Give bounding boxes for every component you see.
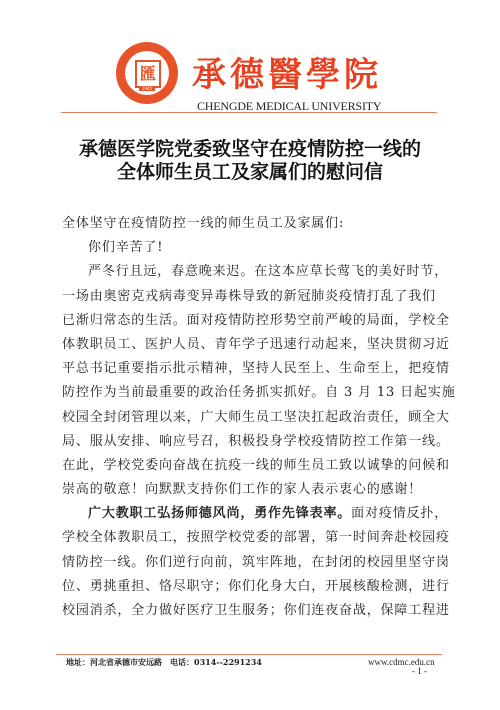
- body-line: 平总书记重要指示批示精神，坚持人民至上、生命至上，把疫情: [62, 357, 440, 381]
- body-line: 已渐归常态的生活。面对疫情防控形势空前严峻的局面，学校全: [62, 309, 440, 333]
- greeting: 你们辛苦了!: [62, 236, 440, 260]
- body-line: 在此，学校党委向奋战在抗疫一线的师生员工致以诚挚的问候和: [62, 454, 440, 478]
- footer-address: 地址：河北省承德市安远路 电话：0314--2291234: [66, 657, 262, 668]
- letter-body: 全体坚守在疫情防控一线的师生员工及家属们: 你们辛苦了! 严冬行且远，春意晚来迟…: [62, 212, 440, 623]
- seal-year: 1945: [139, 86, 155, 91]
- seal-emblem-box: 匯: [135, 60, 161, 88]
- university-seal-logo: 匯 1945: [116, 42, 178, 104]
- body-line-continuation: 面对疫情反扑，: [351, 506, 448, 521]
- body-line: 一场由奥密克戎病毒变异毒株导致的新冠肺炎疫情打乱了我们: [62, 285, 440, 309]
- body-line: 崇高的敬意！向默默支持你们工作的家人表示衷心的感谢！: [62, 478, 440, 502]
- paragraph-bold-lead-line: 广大教职工弘扬师德风尚，勇作先锋表率。面对疫情反扑，: [62, 502, 440, 526]
- body-line: 学校全体教职员工，按照学校党委的部署，第一时间奔赴校园疫: [62, 526, 440, 550]
- footer-divider: [56, 654, 442, 655]
- document-title: 承德医学院党委致坚守在疫情防控一线的 全体师生员工及家属们的慰问信: [0, 138, 500, 184]
- seal-inner-ring: 匯 1945: [125, 51, 169, 95]
- body-line: 防控作为当前最重要的政治任务抓实抓好。自 3 月 13 日起实施: [62, 381, 440, 405]
- title-line-1: 承德医学院党委致坚守在疫情防控一线的: [0, 138, 500, 161]
- page-number: - 1 -: [412, 666, 427, 676]
- bold-lead-sentence: 广大教职工弘扬师德风尚，勇作先锋表率。: [88, 506, 351, 521]
- salutation: 全体坚守在疫情防控一线的师生员工及家属们:: [62, 212, 440, 236]
- body-line: 严冬行且远，春意晚来迟。在这本应草长莺飞的美好时节，: [62, 260, 440, 284]
- body-line: 情防控一线。你们逆行向前，筑牢阵地，在封闭的校园里坚守岗: [62, 551, 440, 575]
- university-name-cn: 承德醫學院: [192, 55, 382, 95]
- body-line: 局、服从安排、响应号召，积极投身学校疫情防控工作第一线。: [62, 430, 440, 454]
- title-line-2: 全体师生员工及家属们的慰问信: [0, 161, 500, 184]
- body-line: 校园全封闭管理以来，广大师生员工坚决扛起政治责任，顾全大: [62, 406, 440, 430]
- header-divider: [61, 112, 437, 113]
- letterhead: 匯 1945 承德醫學院 CHENGDE MEDICAL UNIVERSITY: [0, 0, 500, 120]
- seal-glyph: 匯: [137, 63, 159, 85]
- body-line: 体教职员工、医护人员、青年学子迅速行动起来，坚决贯彻习近: [62, 333, 440, 357]
- body-line: 位、勇挑重担、恪尽职守；你们化身大白，开展核酸检测，进行: [62, 575, 440, 599]
- body-line: 校园消杀，全力做好医疗卫生服务；你们连夜奋战，保障工程进: [62, 599, 440, 623]
